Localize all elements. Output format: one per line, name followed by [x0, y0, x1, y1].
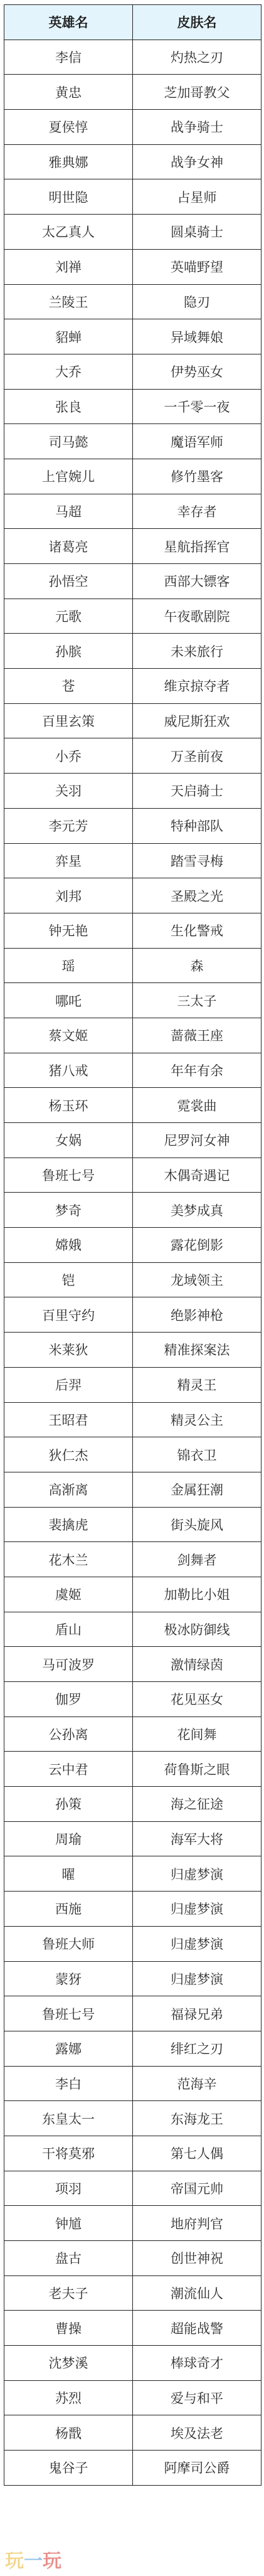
- table-row: 高渐离金属狂潮: [4, 1472, 261, 1507]
- skin-name-cell: 帝国元帅: [133, 2171, 261, 2206]
- hero-name-cell: 后羿: [4, 1367, 133, 1402]
- table-row: 伽罗花见巫女: [4, 1682, 261, 1717]
- hero-name-cell: 项羽: [4, 2171, 133, 2206]
- hero-name-cell: 杨玉环: [4, 1088, 133, 1123]
- table-row: 黄忠芝加哥教父: [4, 75, 261, 110]
- skin-name-cell: 地府判官: [133, 2206, 261, 2241]
- skin-name-cell: 幸存者: [133, 494, 261, 529]
- table-row: 明世隐占星师: [4, 179, 261, 215]
- hero-name-cell: 苏烈: [4, 2380, 133, 2415]
- skin-name-cell: 绝影神枪: [133, 1297, 261, 1333]
- hero-name-cell: 小乔: [4, 738, 133, 774]
- skin-name-cell: 花间舞: [133, 1716, 261, 1752]
- table-row: 元歌午夜歌剧院: [4, 599, 261, 634]
- skin-name-cell: 蔷薇王座: [133, 1018, 261, 1053]
- watermark-char: 玩: [43, 2550, 61, 2572]
- skin-name-cell: 维京掠夺者: [133, 669, 261, 704]
- table-row: 鬼谷子阿摩司公爵: [4, 2451, 261, 2486]
- skin-name-cell: 芝加哥教父: [133, 75, 261, 110]
- hero-name-cell: 曜: [4, 1856, 133, 1892]
- skin-name-cell: 生化警戒: [133, 913, 261, 948]
- hero-name-cell: 鲁班大师: [4, 1926, 133, 1961]
- table-body: 李信灼热之刃黄忠芝加哥教父夏侯惇战争骑士雅典娜战争女神明世隐占星师太乙真人圆桌骑…: [4, 40, 261, 2485]
- skin-name-cell: 尼罗河女神: [133, 1123, 261, 1158]
- skin-name-cell: 伊势巫女: [133, 354, 261, 389]
- hero-name-cell: 百里玄策: [4, 703, 133, 738]
- table-row: 杨戬埃及法老: [4, 2415, 261, 2451]
- skin-name-cell: 露花倒影: [133, 1228, 261, 1263]
- hero-name-cell: 苍: [4, 669, 133, 704]
- skin-name-cell: 修竹墨客: [133, 459, 261, 494]
- skin-name-cell: 星航指挥官: [133, 529, 261, 564]
- skin-name-cell: 剑舞者: [133, 1542, 261, 1577]
- table-row: 露娜绯红之刃: [4, 2031, 261, 2066]
- hero-name-cell: 周瑜: [4, 1821, 133, 1856]
- hero-name-cell: 女娲: [4, 1123, 133, 1158]
- table-row: 小乔万圣前夜: [4, 738, 261, 774]
- hero-name-cell: 瑶: [4, 948, 133, 983]
- hero-name-cell: 米莱狄: [4, 1333, 133, 1368]
- hero-name-cell: 刘禅: [4, 249, 133, 284]
- table-row: 虞姬加勒比小姐: [4, 1577, 261, 1612]
- hero-name-cell: 孙膑: [4, 634, 133, 669]
- skin-name-cell: 锦衣卫: [133, 1437, 261, 1472]
- hero-name-cell: 梦奇: [4, 1193, 133, 1228]
- table-row: 太乙真人圆桌骑士: [4, 215, 261, 250]
- skin-name-cell: 海军大将: [133, 1821, 261, 1856]
- skin-name-cell: 街头旋风: [133, 1507, 261, 1542]
- table-row: 孙膑未来旅行: [4, 634, 261, 669]
- hero-name-cell: 太乙真人: [4, 215, 133, 250]
- table-row: 马超幸存者: [4, 494, 261, 529]
- table-row: 嫦娥露花倒影: [4, 1228, 261, 1263]
- table-row: 鲁班七号木偶奇遇记: [4, 1158, 261, 1193]
- hero-skin-table: 英雄名 皮肤名 李信灼热之刃黄忠芝加哥教父夏侯惇战争骑士雅典娜战争女神明世隐占星…: [4, 4, 261, 2486]
- hero-name-cell: 西施: [4, 1892, 133, 1927]
- table-row: 李信灼热之刃: [4, 40, 261, 75]
- hero-name-cell: 狄仁杰: [4, 1437, 133, 1472]
- table-row: 李元芳特种部队: [4, 808, 261, 843]
- hero-name-cell: 刘邦: [4, 878, 133, 913]
- hero-name-cell: 元歌: [4, 599, 133, 634]
- table-row: 沈梦溪棒球奇才: [4, 2346, 261, 2381]
- skin-name-cell: 加勒比小姐: [133, 1577, 261, 1612]
- table-row: 鲁班大师归虚梦演: [4, 1926, 261, 1961]
- table-row: 狄仁杰锦衣卫: [4, 1437, 261, 1472]
- hero-name-cell: 盾山: [4, 1612, 133, 1647]
- table-header-row: 英雄名 皮肤名: [4, 5, 261, 40]
- table-row: 曹操超能战警: [4, 2311, 261, 2346]
- skin-name-cell: 圣殿之光: [133, 878, 261, 913]
- table-row: 诸葛亮星航指挥官: [4, 529, 261, 564]
- hero-name-cell: 蒙犽: [4, 1961, 133, 1996]
- skin-name-cell: 精准探案法: [133, 1333, 261, 1368]
- skin-name-cell: 隐刃: [133, 284, 261, 319]
- skin-name-cell: 海之征途: [133, 1787, 261, 1822]
- skin-name-cell: 归虚梦演: [133, 1961, 261, 1996]
- hero-name-cell: 诸葛亮: [4, 529, 133, 564]
- hero-name-cell: 蔡文姬: [4, 1018, 133, 1053]
- hero-name-cell: 关羽: [4, 774, 133, 809]
- hero-name-cell: 马超: [4, 494, 133, 529]
- table-row: 女娲尼罗河女神: [4, 1123, 261, 1158]
- skin-name-cell: 埃及法老: [133, 2415, 261, 2451]
- skin-name-cell: 年年有余: [133, 1053, 261, 1088]
- table-row: 百里守约绝影神枪: [4, 1297, 261, 1333]
- hero-name-cell: 露娜: [4, 2031, 133, 2066]
- hero-name-cell: 铠: [4, 1262, 133, 1297]
- skin-name-cell: 极冰防御线: [133, 1612, 261, 1647]
- skin-name-cell: 福禄兄弟: [133, 1996, 261, 2031]
- skin-name-cell: 超能战警: [133, 2311, 261, 2346]
- table-row: 刘邦圣殿之光: [4, 878, 261, 913]
- table-row: 王昭君精灵公主: [4, 1402, 261, 1437]
- table-row: 马可波罗激情绿茵: [4, 1647, 261, 1682]
- table-row: 西施归虚梦演: [4, 1892, 261, 1927]
- table-row: 干将莫邪第七人偶: [4, 2136, 261, 2171]
- skin-name-cell: 创世神祝: [133, 2241, 261, 2276]
- skin-name-cell: 威尼斯狂欢: [133, 703, 261, 738]
- hero-name-cell: 张良: [4, 389, 133, 424]
- table-row: 孙悟空西部大镖客: [4, 564, 261, 599]
- table-row: 夏侯惇战争骑士: [4, 110, 261, 145]
- table-row: 钟馗地府判官: [4, 2206, 261, 2241]
- table-row: 盾山极冰防御线: [4, 1612, 261, 1647]
- hero-name-cell: 哪吒: [4, 983, 133, 1018]
- table-row: 杨玉环霓裳曲: [4, 1088, 261, 1123]
- skin-name-cell: 范海辛: [133, 2066, 261, 2101]
- table-row: 钟无艳生化警戒: [4, 913, 261, 948]
- hero-name-cell: 孙悟空: [4, 564, 133, 599]
- skin-name-cell: 霓裳曲: [133, 1088, 261, 1123]
- hero-name-cell: 貂蝉: [4, 319, 133, 354]
- skin-name-cell: 踏雪寻梅: [133, 843, 261, 878]
- hero-name-cell: 百里守约: [4, 1297, 133, 1333]
- skin-name-cell: 精灵王: [133, 1367, 261, 1402]
- table-row: 蔡文姬蔷薇王座: [4, 1018, 261, 1053]
- hero-name-cell: 钟无艳: [4, 913, 133, 948]
- table-row: 雅典娜战争女神: [4, 144, 261, 179]
- table-row: 李白范海辛: [4, 2066, 261, 2101]
- hero-name-cell: 雅典娜: [4, 144, 133, 179]
- hero-name-cell: 鲁班七号: [4, 1996, 133, 2031]
- header-hero-name: 英雄名: [4, 5, 133, 40]
- hero-name-cell: 上官婉儿: [4, 459, 133, 494]
- hero-name-cell: 盘古: [4, 2241, 133, 2276]
- table-row: 项羽帝国元帅: [4, 2171, 261, 2206]
- hero-name-cell: 鬼谷子: [4, 2451, 133, 2486]
- skin-name-cell: 战争骑士: [133, 110, 261, 145]
- skin-name-cell: 绯红之刃: [133, 2031, 261, 2066]
- table-row: 周瑜海军大将: [4, 1821, 261, 1856]
- table-row: 兰陵王隐刃: [4, 284, 261, 319]
- hero-name-cell: 东皇太一: [4, 2101, 133, 2136]
- table-row: 曜归虚梦演: [4, 1856, 261, 1892]
- skin-name-cell: 午夜歌剧院: [133, 599, 261, 634]
- table-row: 云中君荷鲁斯之眼: [4, 1752, 261, 1787]
- skin-name-cell: 爱与和平: [133, 2380, 261, 2415]
- skin-name-cell: 棒球奇才: [133, 2346, 261, 2381]
- skin-name-cell: 美梦成真: [133, 1193, 261, 1228]
- skin-name-cell: 精灵公主: [133, 1402, 261, 1437]
- table-row: 瑶森: [4, 948, 261, 983]
- skin-name-cell: 异域舞娘: [133, 319, 261, 354]
- skin-name-cell: 三太子: [133, 983, 261, 1018]
- hero-name-cell: 大乔: [4, 354, 133, 389]
- skin-name-cell: 圆桌骑士: [133, 215, 261, 250]
- skin-name-cell: 未来旅行: [133, 634, 261, 669]
- hero-name-cell: 公孙离: [4, 1716, 133, 1752]
- hero-name-cell: 嫦娥: [4, 1228, 133, 1263]
- table-row: 东皇太一东海龙王: [4, 2101, 261, 2136]
- table-row: 大乔伊势巫女: [4, 354, 261, 389]
- skin-name-cell: 龙域领主: [133, 1262, 261, 1297]
- table-row: 苏烈爱与和平: [4, 2380, 261, 2415]
- hero-name-cell: 王昭君: [4, 1402, 133, 1437]
- skin-name-cell: 归虚梦演: [133, 1856, 261, 1892]
- hero-name-cell: 夏侯惇: [4, 110, 133, 145]
- hero-name-cell: 李白: [4, 2066, 133, 2101]
- hero-name-cell: 兰陵王: [4, 284, 133, 319]
- skin-name-cell: 木偶奇遇记: [133, 1158, 261, 1193]
- table-row: 苍维京掠夺者: [4, 669, 261, 704]
- table-row: 哪吒三太子: [4, 983, 261, 1018]
- hero-name-cell: 高渐离: [4, 1472, 133, 1507]
- hero-name-cell: 马可波罗: [4, 1647, 133, 1682]
- hero-name-cell: 李信: [4, 40, 133, 75]
- table-row: 后羿精灵王: [4, 1367, 261, 1402]
- table-row: 盘古创世神祝: [4, 2241, 261, 2276]
- watermark-char: 玩: [5, 2550, 24, 2572]
- table-row: 蒙犽归虚梦演: [4, 1961, 261, 1996]
- table-row: 关羽天启骑士: [4, 774, 261, 809]
- skin-name-cell: 荷鲁斯之眼: [133, 1752, 261, 1787]
- skin-name-cell: 西部大镖客: [133, 564, 261, 599]
- header-skin-name: 皮肤名: [133, 5, 261, 40]
- skin-name-cell: 万圣前夜: [133, 738, 261, 774]
- hero-name-cell: 李元芳: [4, 808, 133, 843]
- table-row: 铠龙域领主: [4, 1262, 261, 1297]
- table-row: 貂蝉异域舞娘: [4, 319, 261, 354]
- hero-name-cell: 明世隐: [4, 179, 133, 215]
- hero-name-cell: 虞姬: [4, 1577, 133, 1612]
- skin-name-cell: 一千零一夜: [133, 389, 261, 424]
- hero-name-cell: 花木兰: [4, 1542, 133, 1577]
- skin-name-cell: 归虚梦演: [133, 1926, 261, 1961]
- skin-name-cell: 激情绿茵: [133, 1647, 261, 1682]
- table-row: 花木兰剑舞者: [4, 1542, 261, 1577]
- table-row: 公孙离花间舞: [4, 1716, 261, 1752]
- watermark-logo: 玩一玩: [5, 2552, 61, 2571]
- skin-name-cell: 潮流仙人: [133, 2275, 261, 2311]
- skin-name-cell: 英喵野望: [133, 249, 261, 284]
- skin-name-cell: 第七人偶: [133, 2136, 261, 2171]
- skin-name-cell: 东海龙王: [133, 2101, 261, 2136]
- table-row: 猪八戒年年有余: [4, 1053, 261, 1088]
- hero-name-cell: 鲁班七号: [4, 1158, 133, 1193]
- hero-name-cell: 孙策: [4, 1787, 133, 1822]
- hero-name-cell: 黄忠: [4, 75, 133, 110]
- hero-name-cell: 曹操: [4, 2311, 133, 2346]
- table-row: 司马懿魔语军师: [4, 424, 261, 459]
- hero-name-cell: 杨戬: [4, 2415, 133, 2451]
- hero-name-cell: 沈梦溪: [4, 2346, 133, 2381]
- table-row: 刘禅英喵野望: [4, 249, 261, 284]
- hero-name-cell: 伽罗: [4, 1682, 133, 1717]
- table-row: 上官婉儿修竹墨客: [4, 459, 261, 494]
- skin-name-cell: 森: [133, 948, 261, 983]
- skin-name-cell: 灼热之刃: [133, 40, 261, 75]
- skin-name-cell: 金属狂潮: [133, 1472, 261, 1507]
- watermark-char: 一: [24, 2550, 43, 2572]
- table-row: 裴擒虎街头旋风: [4, 1507, 261, 1542]
- skin-name-cell: 占星师: [133, 179, 261, 215]
- table-row: 弈星踏雪寻梅: [4, 843, 261, 878]
- skin-name-cell: 战争女神: [133, 144, 261, 179]
- hero-name-cell: 司马懿: [4, 424, 133, 459]
- hero-name-cell: 钟馗: [4, 2206, 133, 2241]
- table-row: 米莱狄精准探案法: [4, 1333, 261, 1368]
- skin-name-cell: 特种部队: [133, 808, 261, 843]
- table-row: 梦奇美梦成真: [4, 1193, 261, 1228]
- table-row: 百里玄策威尼斯狂欢: [4, 703, 261, 738]
- skin-name-cell: 花见巫女: [133, 1682, 261, 1717]
- skin-name-cell: 归虚梦演: [133, 1892, 261, 1927]
- skin-name-cell: 魔语军师: [133, 424, 261, 459]
- hero-name-cell: 弈星: [4, 843, 133, 878]
- table-row: 老夫子潮流仙人: [4, 2275, 261, 2311]
- skin-name-cell: 阿摩司公爵: [133, 2451, 261, 2486]
- hero-name-cell: 裴擒虎: [4, 1507, 133, 1542]
- hero-name-cell: 干将莫邪: [4, 2136, 133, 2171]
- table-row: 鲁班七号福禄兄弟: [4, 1996, 261, 2031]
- table-row: 孙策海之征途: [4, 1787, 261, 1822]
- hero-name-cell: 云中君: [4, 1752, 133, 1787]
- hero-name-cell: 猪八戒: [4, 1053, 133, 1088]
- hero-name-cell: 老夫子: [4, 2275, 133, 2311]
- table-row: 张良一千零一夜: [4, 389, 261, 424]
- skin-name-cell: 天启骑士: [133, 774, 261, 809]
